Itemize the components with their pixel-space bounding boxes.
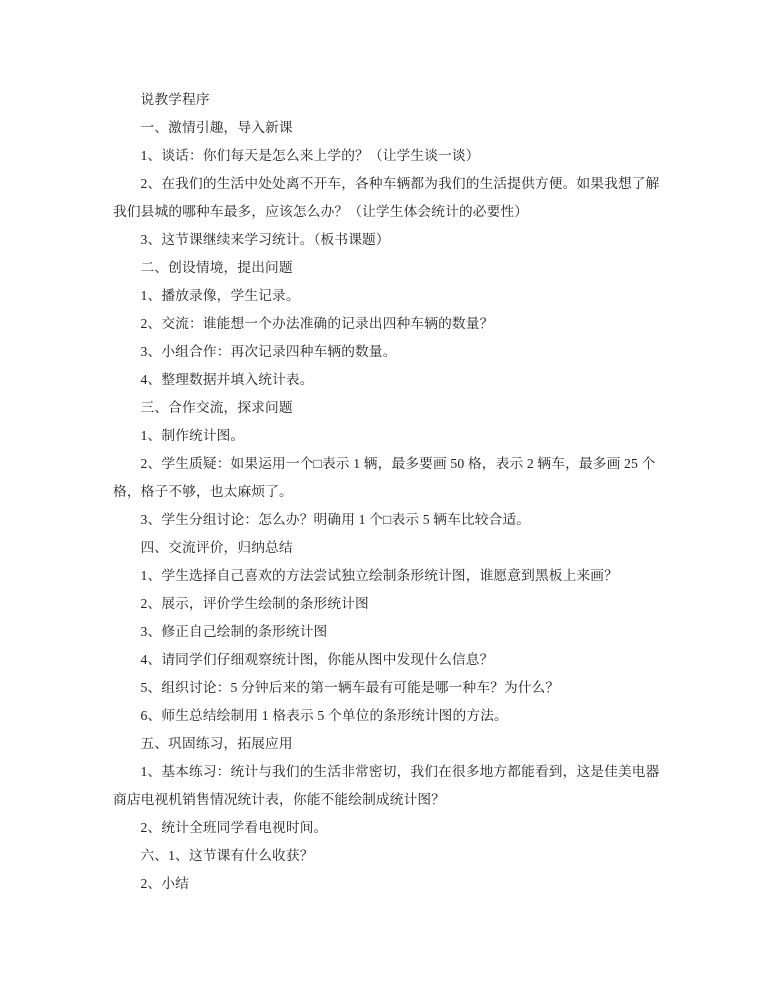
text-line: 6、师生总结绘制用 1 格表示 5 个单位的条形统计图的方法。 [113, 702, 680, 730]
text-line: 2、展示，评价学生绘制的条形统计图 [113, 590, 680, 618]
text-line: 2、学生质疑：如果运用一个□表示 1 辆，最多要画 50 格，表示 2 辆车，最… [113, 450, 680, 478]
text-line: 六、1、这节课有什么收获？ [113, 842, 680, 870]
text-line: 1、谈话：你们每天是怎么来上学的？（让学生谈一谈） [113, 142, 680, 170]
text-line: 2、交流：谁能想一个办法准确的记录出四种车辆的数量？ [113, 310, 680, 338]
text-line: 二、创设情境，提出问题 [113, 254, 680, 282]
text-line: 5、组织讨论：5 分钟后来的第一辆车最有可能是哪一种车？为什么？ [113, 674, 680, 702]
text-line: 1、制作统计图。 [113, 422, 680, 450]
document-page: 说教学程序一、激情引趣，导入新课1、谈话：你们每天是怎么来上学的？（让学生谈一谈… [0, 0, 770, 1000]
text-line: 我们县城的哪种车最多，应该怎么办？（让学生体会统计的必要性） [113, 198, 680, 226]
text-line: 2、统计全班同学看电视时间。 [113, 814, 680, 842]
text-line: 3、学生分组讨论：怎么办？明确用 1 个□表示 5 辆车比较合适。 [113, 506, 680, 534]
text-line: 1、基本练习：统计与我们的生活非常密切，我们在很多地方都能看到，这是佳美电器 [113, 758, 680, 786]
text-line: 五、巩固练习，拓展应用 [113, 730, 680, 758]
text-line: 四、交流评价，归纳总结 [113, 534, 680, 562]
text-line: 商店电视机销售情况统计表，你能不能绘制成统计图？ [113, 786, 680, 814]
document-title-line: 说教学程序 [113, 86, 680, 114]
text-line: 3、这节课继续来学习统计。（板书课题） [113, 226, 680, 254]
text-line: 格，格子不够，也太麻烦了。 [113, 478, 680, 506]
text-line: 2、小结 [113, 870, 680, 898]
text-line: 3、修正自己绘制的条形统计图 [113, 618, 680, 646]
text-line: 三、合作交流，探求问题 [113, 394, 680, 422]
text-line: 1、学生选择自己喜欢的方法尝试独立绘制条形统计图，谁愿意到黑板上来画？ [113, 562, 680, 590]
text-line: 4、整理数据并填入统计表。 [113, 366, 680, 394]
text-line: 一、激情引趣，导入新课 [113, 114, 680, 142]
text-line: 2、在我们的生活中处处离不开车，各种车辆都为我们的生活提供方便。如果我想了解 [113, 170, 680, 198]
text-line: 1、播放录像，学生记录。 [113, 282, 680, 310]
text-line: 3、小组合作：再次记录四种车辆的数量。 [113, 338, 680, 366]
text-line: 4、请同学们仔细观察统计图，你能从图中发现什么信息？ [113, 646, 680, 674]
